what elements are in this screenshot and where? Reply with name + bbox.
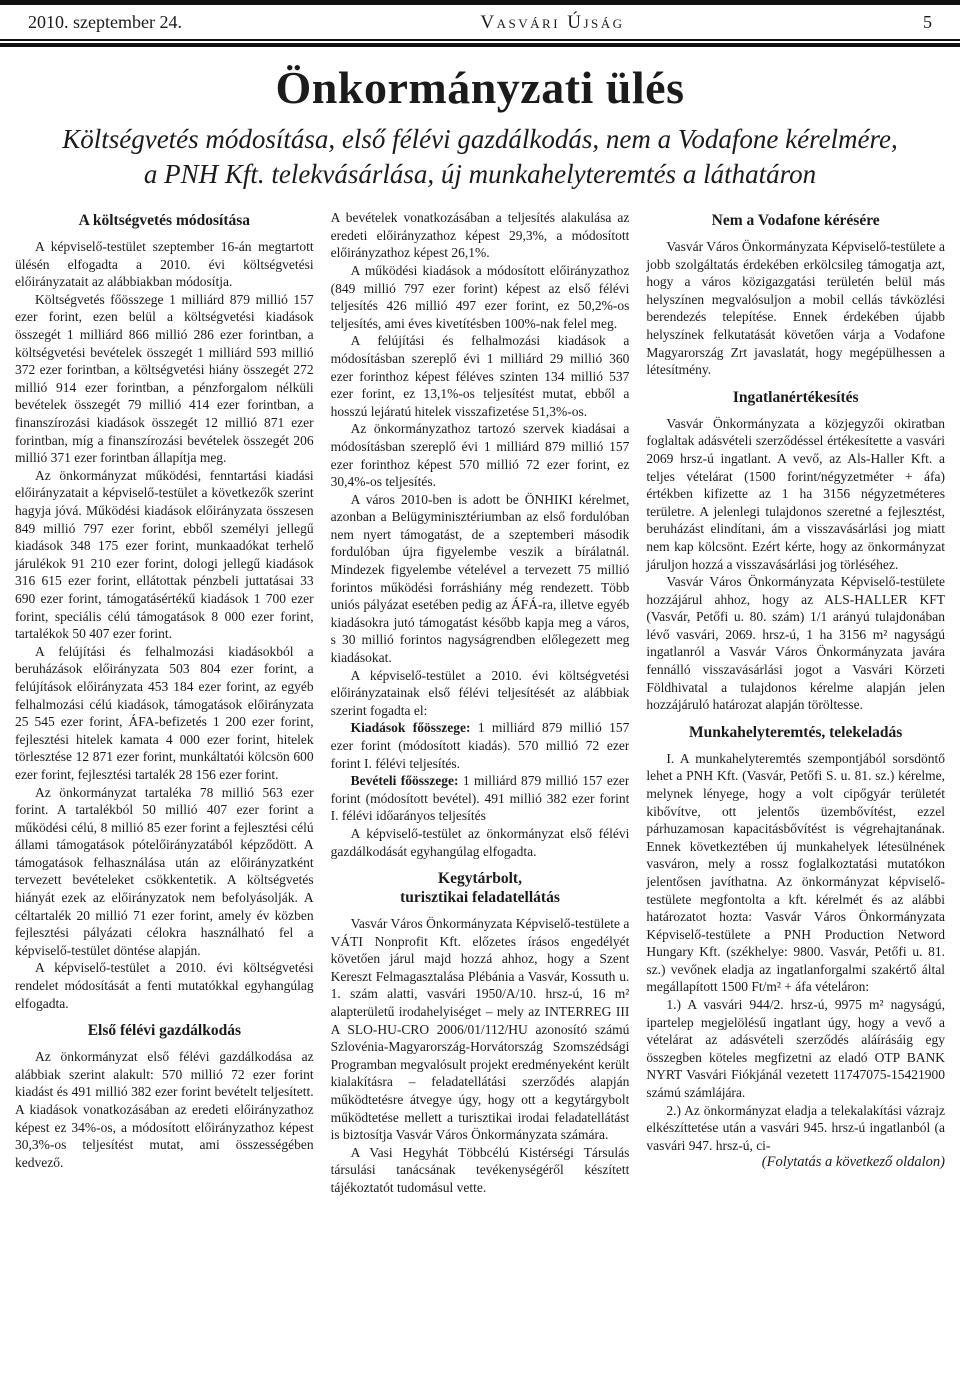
paragraph: Kiadások főösszege: 1 milliárd 879 milli…: [331, 719, 630, 772]
paragraph: Bevételi főösszege: 1 milliárd 879 milli…: [331, 772, 630, 825]
paragraph: Vasvár Város Önkormányzata Képviselő-tes…: [331, 915, 630, 1144]
section-heading: A költségvetés módosítása: [15, 212, 314, 231]
continuation-note: (Folytatás a következő oldalon): [646, 1154, 945, 1172]
paragraph: Az önkormányzat tartaléka 78 millió 563 …: [15, 784, 314, 960]
section-heading: Ingatlanértékesítés: [646, 389, 945, 408]
paragraph: A működési kiadások a módosított előirán…: [331, 262, 630, 332]
paragraph: Vasvár Város Önkormányzata Képviselő-tes…: [646, 573, 945, 714]
paragraph: A képviselő-testület szeptember 16-án me…: [15, 238, 314, 291]
column-right: Nem a Vodafone kéréséreVasvár Város Önko…: [646, 209, 945, 1398]
paragraph: Az önkormányzat első félévi gazdálkodása…: [15, 1048, 314, 1171]
article-body: A költségvetés módosításaA képviselő-tes…: [0, 209, 960, 1398]
masthead: 2010. szeptember 24. Vasvári Újság 5: [0, 0, 960, 47]
paragraph: Vasvár Önkormányzata a közjegyzői okirat…: [646, 415, 945, 573]
article-subtitle-line-2: a PNH Kft. telekvásárlása, új munkahelyt…: [10, 157, 950, 192]
masthead-row: 2010. szeptember 24. Vasvári Újság 5: [0, 5, 960, 39]
paragraph: 1.) A vasvári 944/2. hrsz-ú, 9975 m² nag…: [646, 996, 945, 1102]
section-heading: Kegytárbolt,turisztikai feladatellátás: [331, 870, 630, 908]
paragraph: A Vasi Hegyhát Többcélú Kistérségi Társu…: [331, 1144, 630, 1197]
paragraph: A képviselő-testület a 2010. évi költség…: [331, 667, 630, 720]
paragraph: A felújítási és felhalmozási kiadásokból…: [15, 643, 314, 784]
paragraph: A bevételek vonatkozásában a teljesítés …: [331, 209, 630, 262]
paragraph: 2.) Az önkormányzat eladja a telekalakít…: [646, 1102, 945, 1155]
article-headline: Önkormányzati ülés: [0, 61, 960, 114]
article-subtitle: Költségvetés módosítása, első félévi gaz…: [10, 122, 950, 192]
paragraph-lead: Kiadások főösszege:: [351, 720, 471, 735]
paragraph: Az önkormányzathoz tartozó szervek kiadá…: [331, 420, 630, 490]
paragraph: A képviselő-testület az önkormányzat els…: [331, 825, 630, 860]
paragraph: A város 2010-ben is adott be ÖNHIKI kére…: [331, 491, 630, 667]
section-heading: Munkahelyteremtés, telekeladás: [646, 724, 945, 743]
paragraph: Az önkormányzat működési, fenntartási ki…: [15, 467, 314, 643]
newspaper-title: Vasvári Újság: [480, 12, 624, 34]
issue-date: 2010. szeptember 24.: [28, 12, 182, 33]
paragraph: Vasvár Város Önkormányzata Képviselő-tes…: [646, 238, 945, 379]
section-heading: Nem a Vodafone kérésére: [646, 212, 945, 231]
column-center: A bevételek vonatkozásában a teljesítés …: [331, 209, 630, 1398]
paragraph: Költségvetés főösszege 1 milliárd 879 mi…: [15, 291, 314, 467]
masthead-thick-rule: [0, 43, 960, 47]
page-number: 5: [923, 12, 932, 33]
newspaper-page: 2010. szeptember 24. Vasvári Újság 5 Önk…: [0, 0, 960, 1398]
section-heading: Első félévi gazdálkodás: [15, 1022, 314, 1041]
masthead-thin-rule: [0, 39, 960, 41]
article-subtitle-line-1: Költségvetés módosítása, első félévi gaz…: [10, 122, 950, 157]
column-left: A költségvetés módosításaA képviselő-tes…: [15, 209, 314, 1398]
paragraph: I. A munkahelyteremtés szempontjából sor…: [646, 750, 945, 996]
paragraph: A képviselő-testület a 2010. évi költség…: [15, 959, 314, 1012]
paragraph: A felújítási és felhalmozási kiadások a …: [331, 332, 630, 420]
paragraph-lead: Bevételi főösszege:: [351, 773, 459, 788]
